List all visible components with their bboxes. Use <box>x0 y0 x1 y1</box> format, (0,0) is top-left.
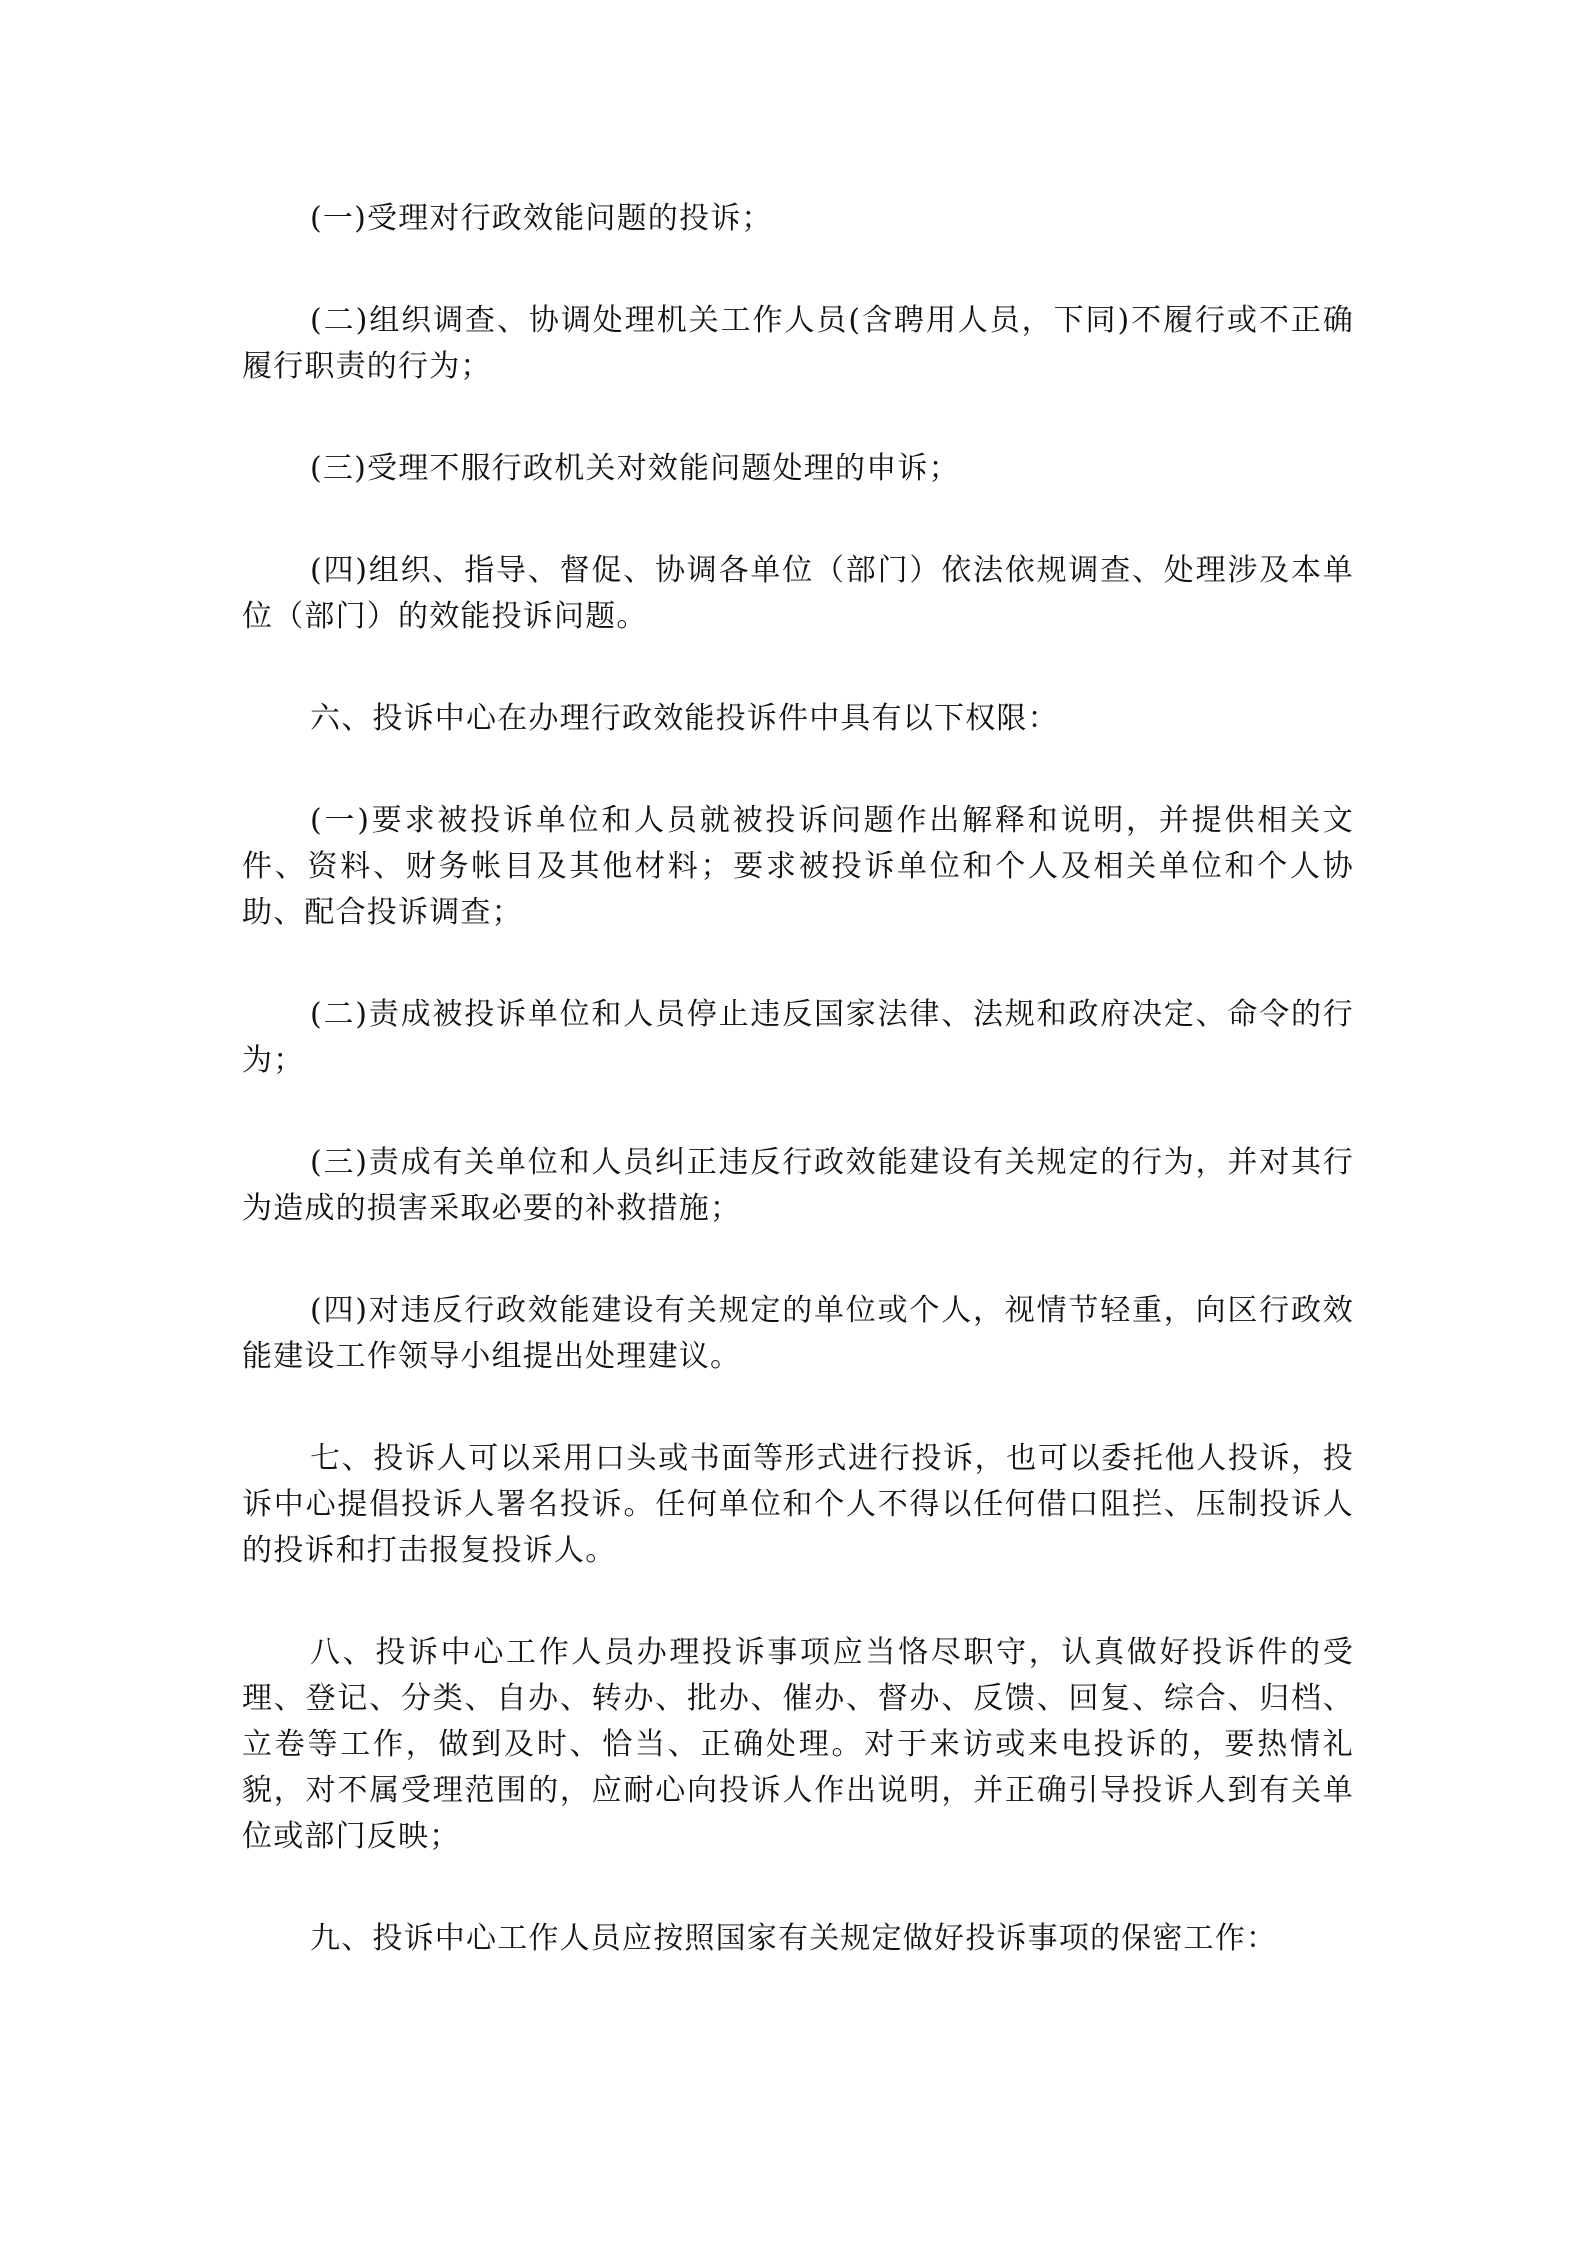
paragraph-power-2: (二)责成被投诉单位和人员停止违反国家法律、法规和政府决定、命令的行为； <box>242 992 1354 1084</box>
section-seven: 七、投诉人可以采用口头或书面等形式进行投诉，也可以委托他人投诉，投诉中心提倡投诉… <box>242 1436 1354 1574</box>
paragraph-power-3: (三)责成有关单位和人员纠正违反行政效能建设有关规定的行为，并对其行为造成的损害… <box>242 1140 1354 1232</box>
paragraph-power-1: (一)要求被投诉单位和人员就被投诉问题作出解释和说明，并提供相关文件、资料、财务… <box>242 798 1354 936</box>
paragraph-power-4: (四)对违反行政效能建设有关规定的单位或个人，视情节轻重，向区行政效能建设工作领… <box>242 1288 1354 1380</box>
paragraph-item-1: (一)受理对行政效能问题的投诉； <box>242 196 1354 242</box>
section-nine: 九、投诉中心工作人员应按照国家有关规定做好投诉事项的保密工作： <box>242 1916 1354 1962</box>
paragraph-item-3: (三)受理不服行政机关对效能问题处理的申诉； <box>242 446 1354 492</box>
paragraph-item-2: (二)组织调查、协调处理机关工作人员(含聘用人员，下同)不履行或不正确履行职责的… <box>242 298 1354 390</box>
section-eight: 八、投诉中心工作人员办理投诉事项应当恪尽职守，认真做好投诉件的受理、登记、分类、… <box>242 1630 1354 1860</box>
section-heading-six: 六、投诉中心在办理行政效能投诉件中具有以下权限： <box>242 696 1354 742</box>
document-page: (一)受理对行政效能问题的投诉； (二)组织调查、协调处理机关工作人员(含聘用人… <box>242 196 1354 2018</box>
paragraph-item-4: (四)组织、指导、督促、协调各单位（部门）依法依规调查、处理涉及本单位（部门）的… <box>242 548 1354 640</box>
